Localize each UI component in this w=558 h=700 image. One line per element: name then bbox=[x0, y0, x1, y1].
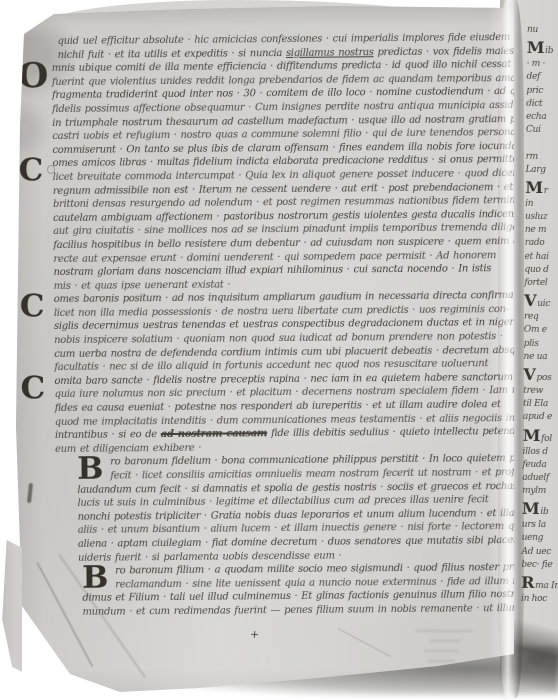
manuscript-line: mundum · et cum redimendas fuerint — pen… bbox=[82, 602, 518, 619]
faint-annotation-line bbox=[416, 630, 472, 632]
fragment-text: ne ua bbox=[524, 352, 548, 362]
facing-page-fragment: Mfol bbox=[523, 424, 557, 445]
cross-flourish: + bbox=[250, 628, 260, 642]
fragment-text: Cui bbox=[526, 125, 541, 135]
faint-annotation-line bbox=[428, 660, 454, 662]
paragraph: Comes baronis positum · ad nos inquisitu… bbox=[54, 289, 517, 375]
facing-initial: V bbox=[523, 365, 535, 384]
fragment-text: usluz bbox=[525, 212, 547, 222]
facing-page-fragment: rm bbox=[526, 150, 558, 164]
fragment-text: ib bbox=[540, 507, 548, 517]
fragment-text: def bbox=[526, 72, 540, 82]
fragment-text: ma Im bbox=[535, 581, 558, 591]
facing-initial: M bbox=[527, 38, 545, 57]
paragraph: Bro baronum filium · a quodam milite soc… bbox=[82, 561, 518, 619]
facing-initial: V bbox=[524, 291, 536, 310]
facing-page-fragment: def bbox=[526, 71, 558, 85]
illuminated-initial: C bbox=[20, 293, 50, 320]
facing-initial: M bbox=[522, 499, 540, 518]
fragment-text: plis bbox=[524, 338, 539, 348]
fragment-text: illos d bbox=[523, 446, 548, 456]
facing-page-fragment: Vuic bbox=[524, 290, 558, 311]
fragment-text: in bbox=[525, 199, 533, 209]
fragment-text: pos bbox=[536, 373, 551, 383]
faint-annotation-line bbox=[430, 640, 460, 642]
fragment-text: fol bbox=[541, 434, 552, 444]
facing-page-fragment: et hai bbox=[525, 250, 558, 264]
facing-fragments: nuMib· m ·defpricdictechaCuirmLargMrinus… bbox=[521, 24, 558, 607]
fragment-text: Larg bbox=[525, 165, 545, 175]
line-text: intrantibus · si eo de bbox=[55, 429, 161, 441]
illuminated-initial: C bbox=[19, 157, 49, 184]
facing-page-fragment: ne ua bbox=[523, 351, 557, 365]
facing-page-fragment: Rma Im bbox=[521, 572, 555, 593]
fragment-text: Ad uec bbox=[521, 546, 551, 556]
facing-page-fragment: til Ela bbox=[523, 398, 557, 412]
line-text: fide illis debitis sedulius · quieto int… bbox=[267, 426, 521, 439]
fragment-text: urs la bbox=[522, 520, 546, 530]
fragment-text: aduelf bbox=[522, 473, 549, 483]
text-block: quid uel efficitur absolute · hic amicic… bbox=[51, 31, 518, 620]
facing-page-fragment: Cui bbox=[526, 124, 558, 138]
fragment-text: · m · bbox=[527, 59, 546, 69]
fragment-text: et hai bbox=[525, 251, 549, 261]
facing-page-fragment: usluz bbox=[525, 211, 558, 225]
underlined-text: sigillamus nostras bbox=[286, 47, 374, 59]
fragment-text: trew bbox=[523, 386, 543, 396]
fragment-text: ueng bbox=[522, 533, 544, 543]
facing-initial: M bbox=[523, 425, 541, 444]
facing-page-fragment: trew bbox=[523, 385, 557, 399]
line-text: nichil fuit · et ita utilis et expeditis… bbox=[58, 48, 286, 61]
fragment-text: nu bbox=[527, 25, 538, 35]
fragment-text: ne m bbox=[525, 225, 546, 235]
facing-page-fragment: feuda bbox=[522, 459, 556, 473]
struck-text: ad nostram causam bbox=[161, 428, 267, 440]
facing-page-fragment: fortel bbox=[524, 277, 558, 291]
facing-page-fragment: Vpos bbox=[523, 364, 557, 385]
facing-page-fragment: Mib bbox=[527, 37, 558, 58]
facing-page-fragment: plis bbox=[524, 337, 558, 351]
facing-page-fragment: quo d bbox=[524, 264, 558, 278]
facing-page-fragment: ne m bbox=[525, 224, 558, 238]
fragment-text: r bbox=[544, 186, 548, 196]
fragment-text: in hoc bbox=[521, 594, 547, 604]
facing-page-fragment: Mr bbox=[525, 177, 558, 198]
manuscript-leaf: quid uel efficitur absolute · hic amicic… bbox=[8, 6, 514, 696]
facing-page-fragment: Mib bbox=[522, 498, 556, 519]
facing-page-fragment: apud e bbox=[523, 411, 557, 425]
manuscript-photo: { "colors": { "parchment": "#cdccc9", "i… bbox=[0, 0, 558, 700]
illuminated-initial: C bbox=[20, 375, 50, 402]
facing-page-fragment: ueng bbox=[522, 532, 556, 546]
facing-page-fragment: · m · bbox=[527, 58, 558, 72]
fragment-text: quo d bbox=[524, 265, 548, 275]
facing-page-fragment: illos d bbox=[522, 445, 556, 459]
fragment-text: fortel bbox=[524, 278, 547, 288]
fragment-text: mylm bbox=[522, 486, 546, 496]
paragraph: quid uel efficitur absolute · hic amicic… bbox=[57, 31, 513, 62]
facing-page-fragment: in bbox=[525, 198, 558, 212]
facing-page-fragment: aduelf bbox=[522, 472, 556, 486]
fragment-text: rm bbox=[526, 151, 538, 161]
bottom-crease bbox=[337, 628, 391, 657]
fragment-text: uic bbox=[537, 299, 550, 309]
facing-page-fragment: rado bbox=[525, 237, 558, 251]
fragment-text: rado bbox=[525, 238, 545, 248]
edge-tear-mark bbox=[27, 483, 33, 503]
fragment-text: apud e bbox=[523, 412, 552, 422]
facing-page-fragment bbox=[526, 137, 558, 151]
faint-annotation-line bbox=[424, 650, 458, 652]
fragment-text: Om e bbox=[524, 325, 547, 335]
paragraph: Comita baro sancte · fidelis nostre prec… bbox=[54, 371, 517, 457]
facing-initial: M bbox=[525, 178, 543, 197]
facing-page-fragment: mylm bbox=[522, 485, 556, 499]
facing-page-fragment: in hoc bbox=[521, 593, 555, 607]
facing-page-fragment: pric bbox=[526, 84, 558, 98]
facing-page-fragment: Ad uec bbox=[521, 545, 555, 559]
paragraph: Omnis ubique comiti de illa mente effici… bbox=[52, 58, 515, 157]
paragraph: Bro baronum fidelium · bona communicatio… bbox=[77, 452, 518, 565]
underlying-pages-sliver bbox=[0, 540, 22, 672]
fragment-text: bec· fie bbox=[521, 560, 552, 570]
facing-page-fragment: echa bbox=[526, 111, 558, 125]
fragment-text: dict bbox=[526, 99, 542, 109]
facing-page-fragment: req bbox=[524, 311, 558, 325]
fragment-text: pric bbox=[526, 85, 543, 95]
fragment-text: feuda bbox=[522, 460, 546, 470]
facing-page-fragment: dict bbox=[526, 98, 558, 112]
fragment-text: ib bbox=[545, 46, 553, 56]
paragraph: Comes amicos libras · multas fidelium in… bbox=[53, 153, 516, 293]
facing-page-fragment: urs la bbox=[522, 519, 556, 533]
fragment-text: til Ela bbox=[523, 399, 548, 409]
facing-page-fragment: nu bbox=[527, 24, 558, 38]
fragment-text: echa bbox=[526, 112, 546, 122]
gutter-fold-highlight bbox=[498, 0, 524, 698]
illuminated-initial: O bbox=[18, 62, 48, 89]
facing-page-fragment: Om e bbox=[524, 324, 558, 338]
fragment-text: req bbox=[524, 312, 539, 322]
facing-page-fragment: bec· fie bbox=[521, 559, 555, 573]
facing-page-fragment: Larg bbox=[525, 164, 558, 178]
